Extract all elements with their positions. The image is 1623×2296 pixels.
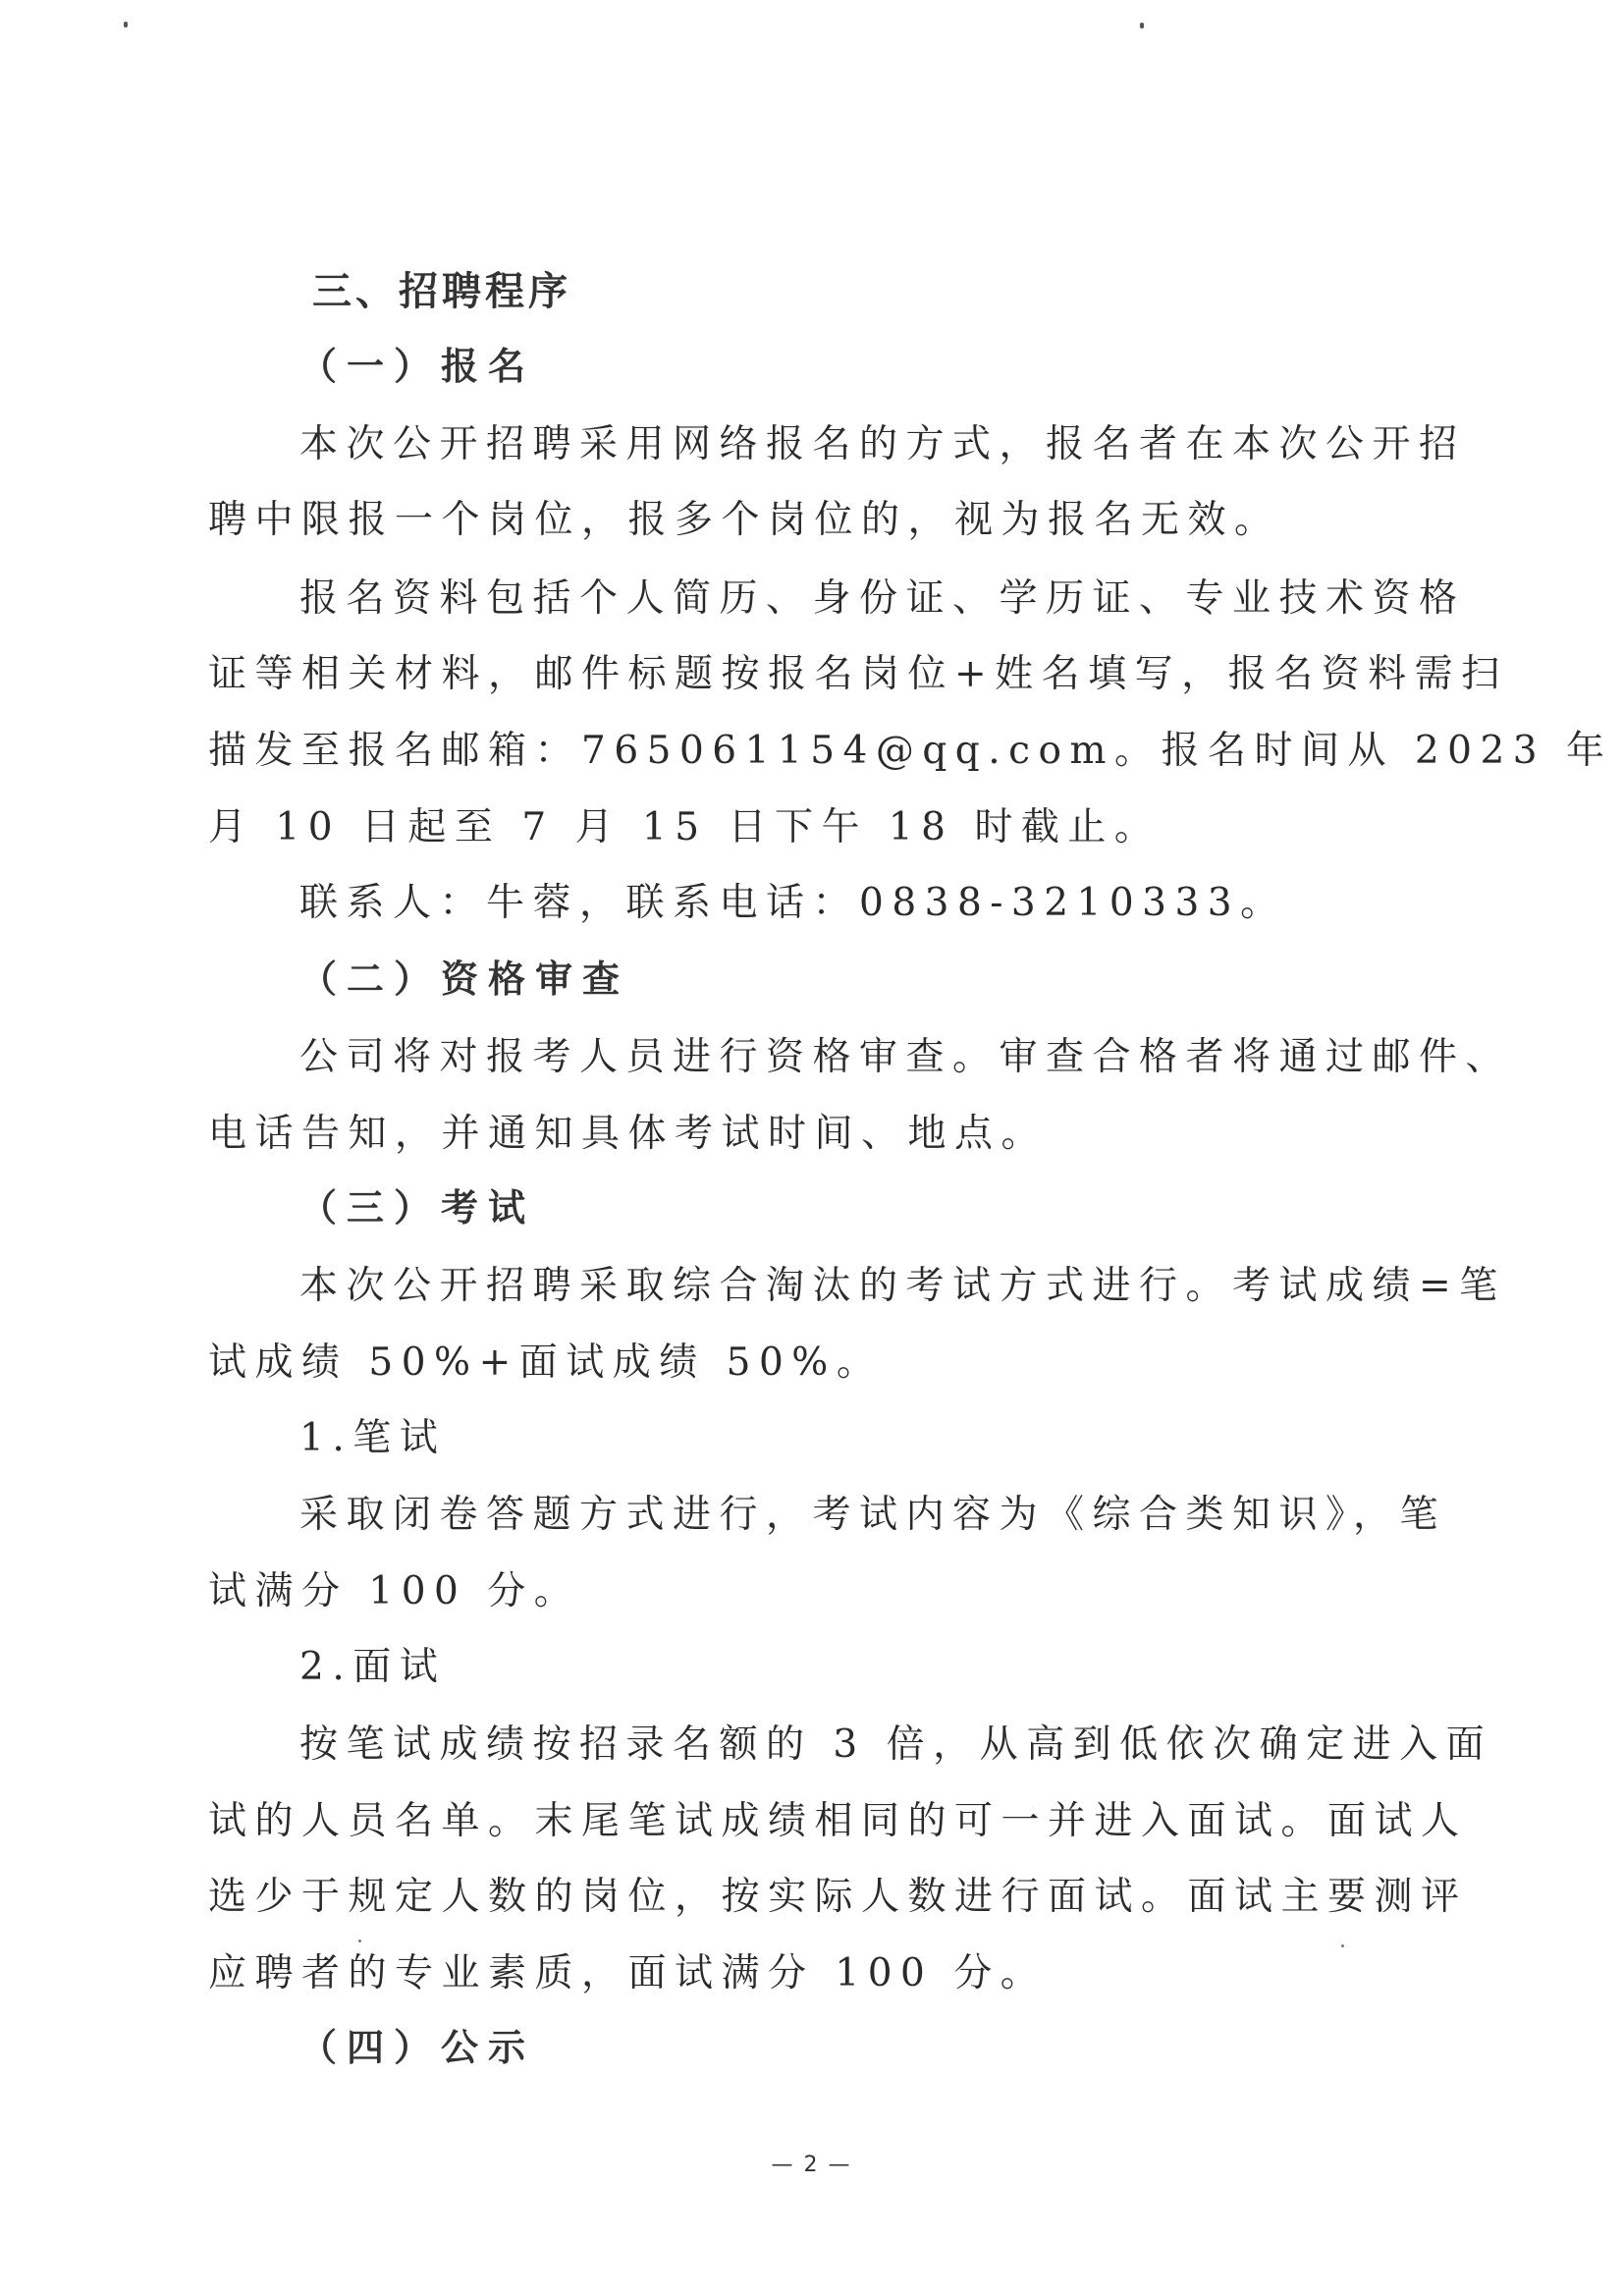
paragraph-line: 选少于规定人数的岗位，按实际人数进行面试。面试主要测评 [208,1873,1468,1922]
scan-mark-right [1140,23,1144,28]
paragraph-line: 证等相关材料，邮件标题按报名岗位+姓名填写，报名资料需扫 [208,650,1508,699]
paragraph-line: 本次公开招聘采用网络报名的方式，报名者在本次公开招 [299,420,1466,469]
paragraph-line-email: 描发至报名邮箱：765061154@qq.com。报名时间从 2023 年 7 [208,727,1623,776]
paragraph-line: 聘中限报一个岗位，报多个岗位的，视为报名无效。 [208,496,1281,545]
contact-line: 联系人：牛蓉，联系电话：0838-3210333。 [299,879,1287,928]
paragraph-line: 按笔试成绩按招录名额的 3 倍，从高到低依次确定进入面 [299,1721,1492,1770]
paragraph-line: 本次公开招聘采取综合淘汰的考试方式进行。考试成绩=笔 [299,1262,1506,1311]
subsection-heading-exam: （三）考试 [299,1183,535,1232]
paragraph-line: 电话告知，并通知具体考试时间、地点。 [208,1110,1048,1159]
scan-speck [1341,1944,1344,1947]
paragraph-line: 应聘者的专业素质，面试满分 100 分。 [208,1949,1047,1998]
subsection-heading-qualification: （二）资格审查 [299,955,629,1004]
section-title: 三、招聘程序 [312,267,571,316]
scan-speck [358,1940,361,1942]
paragraph-line: 采取闭卷答题方式进行，考试内容为《综合类知识》，笔 [299,1491,1446,1540]
item-heading-written: 1.笔试 [299,1414,446,1463]
scan-mark-left [124,22,128,27]
page-number: — 2 — [0,2153,1623,2177]
paragraph-line: 报名资料包括个人简历、身份证、学历证、专业技术资格 [299,574,1466,624]
paragraph-line: 试的人员名单。末尾笔试成绩相同的可一并进入面试。面试人 [208,1797,1468,1846]
paragraph-line: 公司将对报考人员进行资格审查。审查合格者将通过邮件、 [299,1033,1512,1082]
paragraph-line-score-formula: 试成绩 50%+面试成绩 50%。 [208,1339,883,1388]
paragraph-line-deadline: 月 10 日起至 7 月 15 日下午 18 时截止。 [208,803,1161,852]
document-page: 三、招聘程序 （一）报名 本次公开招聘采用网络报名的方式，报名者在本次公开招 聘… [0,0,1623,2296]
paragraph-line: 试满分 100 分。 [208,1567,580,1616]
subsection-heading-registration: （一）报名 [299,342,535,391]
item-heading-interview: 2.面试 [299,1643,446,1692]
subsection-heading-publicity: （四）公示 [299,2023,535,2072]
